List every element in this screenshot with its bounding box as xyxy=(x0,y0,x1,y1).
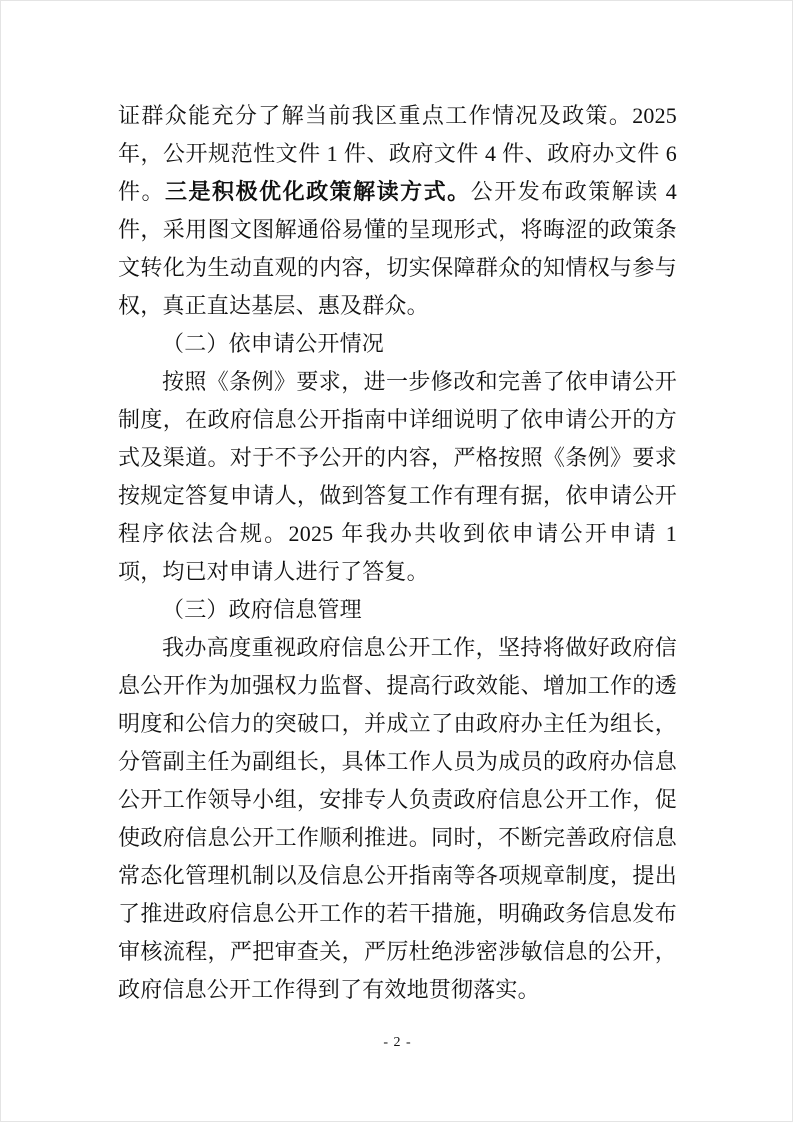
page-number: - 2 - xyxy=(383,1035,411,1050)
text-run: （三）政府信息管理 xyxy=(162,597,362,622)
section-heading: （三）政府信息管理 xyxy=(118,591,677,629)
body-paragraph: 我办高度重视政府信息公开工作，坚持将做好政府信息公开作为加强权力监督、提高行政效… xyxy=(118,629,677,1009)
page-footer: - 2 - xyxy=(1,1033,793,1053)
bold-text-run: 三是积极优化政策解读方式。 xyxy=(165,179,471,204)
document-page: 证群众能充分了解当前我区重点工作情况及政策。2025 年，公开规范性文件 1 件… xyxy=(0,0,793,1122)
text-run: 按照《条例》要求，进一步修改和完善了依申请公开制度，在政府信息公开指南中详细说明… xyxy=(118,369,677,584)
text-run: （二）依申请公开情况 xyxy=(162,331,384,356)
body-paragraph: 按照《条例》要求，进一步修改和完善了依申请公开制度，在政府信息公开指南中详细说明… xyxy=(118,363,677,591)
body-paragraph: 证群众能充分了解当前我区重点工作情况及政策。2025 年，公开规范性文件 1 件… xyxy=(118,97,677,325)
text-run: 我办高度重视政府信息公开工作，坚持将做好政府信息公开作为加强权力监督、提高行政效… xyxy=(118,635,677,1002)
section-heading: （二）依申请公开情况 xyxy=(118,325,677,363)
document-body: 证群众能充分了解当前我区重点工作情况及政策。2025 年，公开规范性文件 1 件… xyxy=(118,97,677,1009)
